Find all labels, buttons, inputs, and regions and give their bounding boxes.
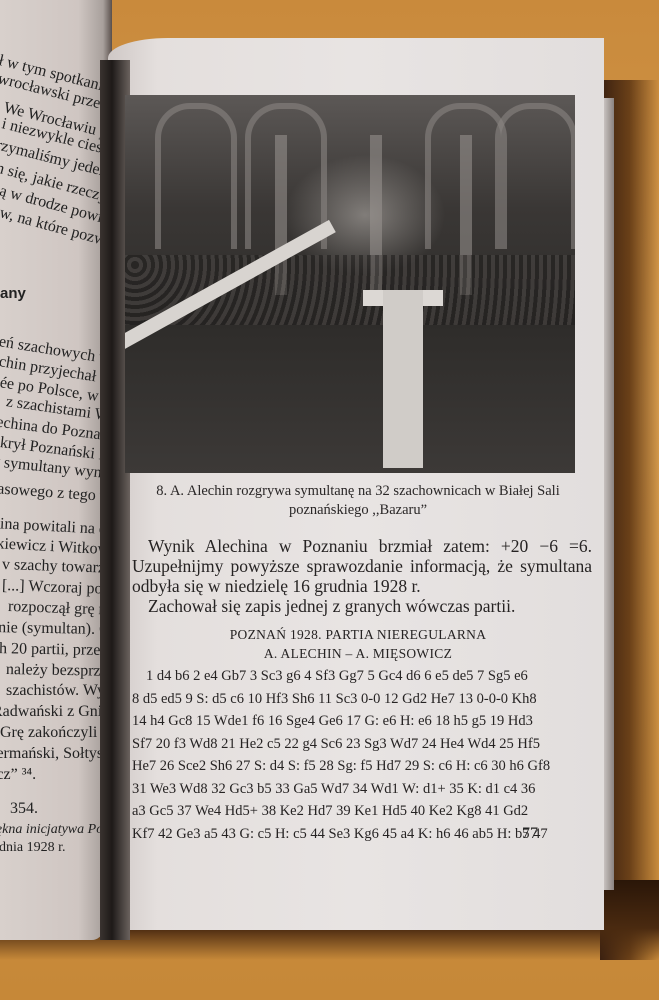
page-number: 77 (522, 825, 538, 843)
paragraph: Zachował się zapis jednej z granych wówc… (132, 596, 592, 616)
moves-line: 31 We3 Wd8 32 Gc3 b5 33 Ga5 Wd7 34 Wd1 W… (132, 778, 580, 801)
historical-photo (125, 95, 575, 473)
photo-caption: 8. A. Alechin rozgrywa symultanę na 32 s… (128, 482, 588, 520)
caption-line: poznańskiego ,,Bazaru” (128, 501, 588, 520)
left-line: icz” ³⁴. (0, 766, 36, 784)
left-line: ch 20 partii, przeg (0, 640, 109, 660)
game-title: POZNAŃ 1928. PARTIA NIEREGULARNA (128, 625, 588, 644)
game-heading: POZNAŃ 1928. PARTIA NIEREGULARNA A. ALEC… (128, 625, 588, 663)
left-line: rasowego z tego wy (0, 480, 112, 507)
section-heading: any (0, 285, 26, 302)
left-line: [...] Wczoraj począ (2, 577, 112, 599)
page-edge (604, 98, 614, 890)
left-line: śnie (symultan). G (0, 619, 111, 639)
footnote-line: iękna inicjatywa Pozn (0, 822, 112, 838)
moves-line: 1 d4 b6 2 e4 Gb7 3 Sc3 g6 4 Sf3 Gg7 5 Gc… (132, 665, 580, 688)
chess-table-right (383, 290, 423, 468)
body-text: Wynik Alechina w Poznaniu brzmiał zatem:… (132, 536, 592, 616)
left-page: ał w tym spotkaniu wrocławski przeciw i.… (0, 0, 112, 940)
left-line: Grę zakończyli z w (0, 724, 112, 742)
moves-line: He7 26 Sce2 Sh6 27 S: d4 S: f5 28 Sg: f5… (132, 755, 580, 778)
game-moves: 1 d4 b6 2 e4 Gb7 3 Sc3 g6 4 Sf3 Gg7 5 Gc… (132, 665, 580, 845)
left-line: Radwański z Gniezn (0, 703, 112, 721)
game-players: A. ALECHIN – A. MIĘSOWICZ (128, 644, 588, 663)
footnote-number: 354. (10, 800, 38, 818)
moves-line: 8 d5 ed5 9 S: d5 c6 10 Hf3 Sh6 11 Sc3 0-… (132, 688, 580, 711)
caption-line: 8. A. Alechin rozgrywa symultanę na 32 s… (128, 482, 588, 501)
left-line: lermański, Sołtysia (0, 745, 112, 763)
moves-line: a3 Gc5 37 We4 Hd5+ 38 Ke2 Hd7 39 Ke1 Hd5… (132, 800, 580, 823)
left-line: rozpoczął grę mis (8, 598, 112, 620)
moves-line: 14 h4 Gc8 15 Wde1 f6 16 Sge4 Ge6 17 G: e… (132, 710, 580, 733)
left-line: v szachy towarzys (2, 556, 112, 578)
moves-line: Kf7 42 Ge3 a5 43 G: c5 H: c5 44 Se3 Kg6 … (132, 823, 580, 846)
left-line: należy bezsprzecz (6, 661, 112, 681)
arch (495, 103, 575, 249)
paragraph: Wynik Alechina w Poznaniu brzmiał zatem:… (132, 536, 592, 596)
crowd (125, 255, 575, 325)
left-line: szachistów. Wygra (6, 682, 112, 700)
footnote-line: udnia 1928 r. (0, 840, 66, 856)
moves-line: Sf7 20 f3 Wd8 21 He2 c5 22 g4 Sc6 23 Sg3… (132, 733, 580, 756)
arch (155, 103, 237, 249)
